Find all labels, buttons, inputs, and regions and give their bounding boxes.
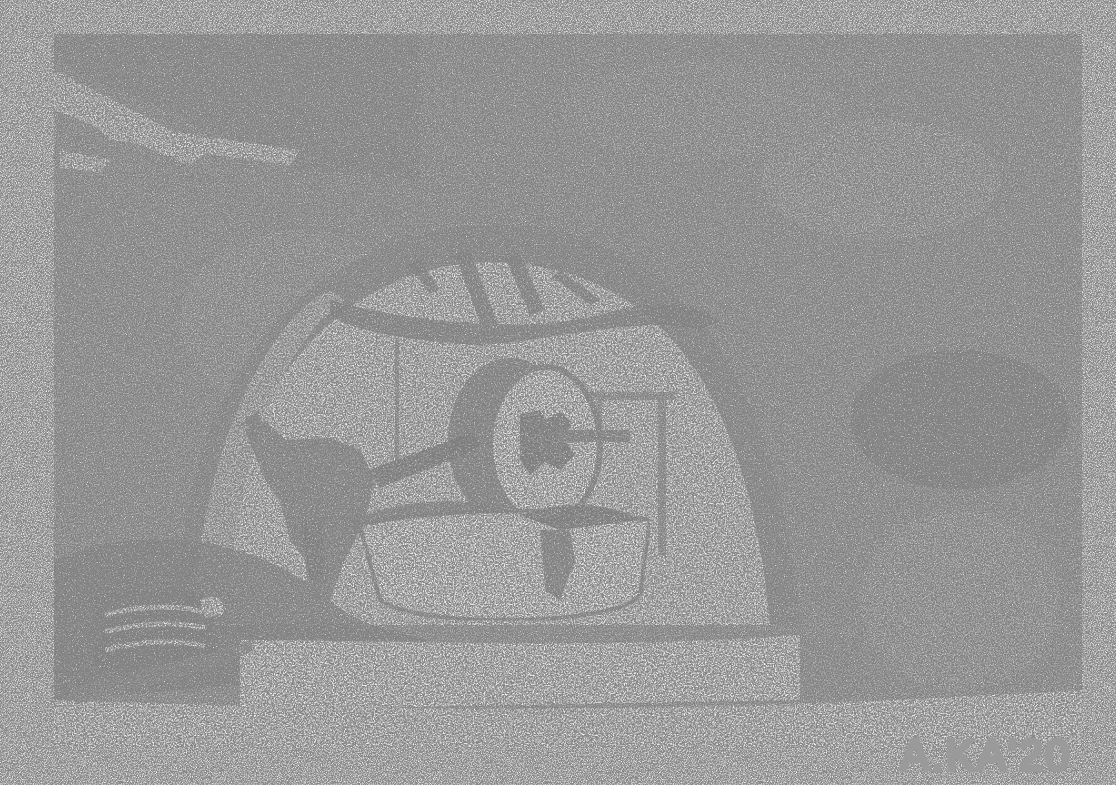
artist-signature: A.KA'20: [900, 731, 1072, 780]
stipple-artwork: A.KA'20: [0, 0, 1116, 785]
stipple-speckle: [54, 34, 1082, 746]
